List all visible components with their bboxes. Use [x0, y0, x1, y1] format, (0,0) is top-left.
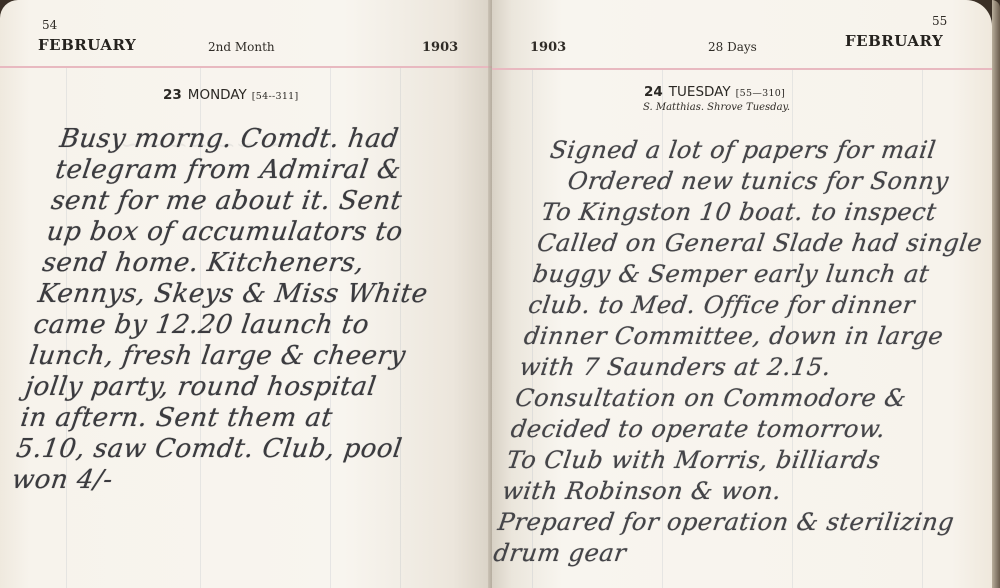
page-number: 55 — [932, 14, 947, 28]
entry-line: in aftern. Sent them at — [19, 403, 413, 434]
month-subtitle: 28 Days — [708, 40, 757, 54]
header-rule — [492, 68, 992, 70]
entry-line: came by 12.20 launch to — [32, 310, 426, 341]
entry-line: decided to operate tomorrow. — [509, 414, 969, 445]
year-label: 1903 — [530, 40, 566, 55]
day-number: 24 — [644, 84, 663, 100]
entry-line: up box of accumulators to — [45, 217, 439, 248]
entry-line: To Club with Morris, billiards — [505, 445, 965, 476]
entry-line: send home. Kitcheners, — [40, 248, 434, 279]
month-heading: FEBRUARY — [845, 32, 943, 50]
entry-line: Ordered new tunics for Sonny — [544, 166, 992, 197]
handwritten-entry: Signed a lot of papers for mail Ordered … — [492, 135, 992, 569]
right-page: 1903 28 Days 55 FEBRUARY 24TUESDAY[55—31… — [492, 0, 992, 588]
year-label: 1903 — [422, 40, 458, 55]
day-range: [54--311] — [252, 91, 299, 102]
entry-line: sent for me about it. Sent — [49, 186, 443, 217]
entry-line: jolly party, round hospital — [23, 372, 417, 403]
entry-line: won 4/- — [10, 465, 404, 496]
left-page: 54 FEBRUARY 2nd Month 1903 23MONDAY[54--… — [0, 0, 492, 588]
entry-line: with 7 Saunders at 2.15. — [518, 352, 978, 383]
entry-line: telegram from Admiral & — [53, 155, 447, 186]
diary-spread: 54 FEBRUARY 2nd Month 1903 23MONDAY[54--… — [0, 0, 1000, 588]
weekday: TUESDAY — [669, 84, 731, 100]
observance-note: S. Matthias. Shrove Tuesday. — [643, 102, 790, 113]
entry-line: Consultation on Commodore & — [513, 383, 973, 414]
day-heading: 23MONDAY[54--311] — [163, 87, 299, 103]
entry-line: Prepared for operation & sterilizing — [496, 507, 956, 538]
entry-line: lunch, fresh large & cheery — [27, 341, 421, 372]
book-cover-edge — [992, 0, 1000, 588]
entry-line: Signed a lot of papers for mail — [548, 135, 992, 166]
weekday: MONDAY — [188, 87, 247, 103]
header-rule — [0, 66, 492, 68]
day-number: 23 — [163, 87, 182, 103]
handwritten-entry: Busy morng. Comdt. had telegram from Adm… — [10, 124, 452, 496]
entry-line: dinner Committee, down in large — [522, 321, 982, 352]
entry-line: club. to Med. Office for dinner — [526, 290, 986, 321]
month-subtitle: 2nd Month — [208, 40, 275, 54]
day-range: [55—310] — [736, 88, 786, 99]
entry-line: To Kingston 10 boat. to inspect — [539, 197, 992, 228]
entry-line: 5.10, saw Comdt. Club, pool — [14, 434, 408, 465]
entry-line: Called on General Slade had single — [535, 228, 992, 259]
entry-line: Kennys, Skeys & Miss White — [36, 279, 430, 310]
entry-line: Busy morng. Comdt. had — [58, 124, 452, 155]
entry-line: drum gear — [492, 538, 952, 569]
page-number: 54 — [42, 18, 57, 32]
day-heading: 24TUESDAY[55—310] — [644, 84, 785, 100]
entry-line: with Robinson & won. — [500, 476, 960, 507]
entry-line: buggy & Semper early lunch at — [531, 259, 991, 290]
month-heading: FEBRUARY — [38, 36, 136, 54]
